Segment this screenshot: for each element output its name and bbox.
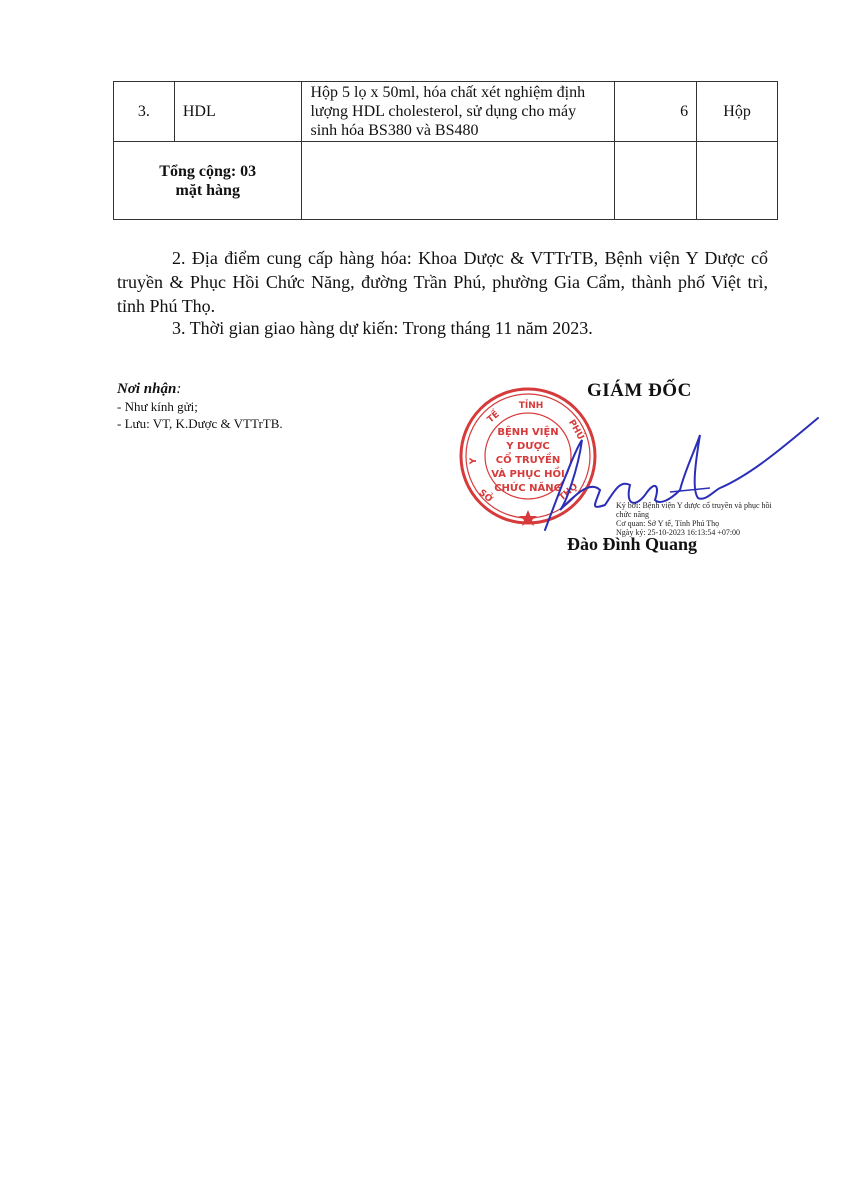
signer-name: Đào Đình Quang (567, 534, 697, 555)
total-label-line1: Tổng cộng: 03 (122, 162, 293, 181)
recipient-item: - Lưu: VT, K.Dược & VTTrTB. (117, 415, 283, 432)
row-item-name: HDL (174, 82, 302, 142)
row-unit: Hộp (697, 82, 778, 142)
table-row: 3. HDL Hộp 5 lọ x 50ml, hóa chất xét ngh… (114, 82, 778, 142)
position-title: GIÁM ĐỐC (587, 380, 692, 402)
digital-signature-info: Ký bởi: Bệnh viện Y dược cổ truyền và ph… (616, 501, 776, 537)
row-quantity: 6 (615, 82, 697, 142)
total-description-cell (302, 142, 615, 220)
items-table: 3. HDL Hộp 5 lọ x 50ml, hóa chất xét ngh… (113, 81, 778, 220)
recipient-item: - Như kính gửi; (117, 398, 283, 415)
digital-agency: Cơ quan: Sở Y tế, Tỉnh Phú Thọ (616, 519, 776, 528)
delivery-time-paragraph: 3. Thời gian giao hàng dự kiến: Trong th… (117, 316, 768, 340)
total-unit-cell (697, 142, 778, 220)
delivery-location-paragraph: 2. Địa điểm cung cấp hàng hóa: Khoa Dược… (117, 246, 768, 318)
total-label: Tổng cộng: 03 mặt hàng (114, 142, 302, 220)
row-stt: 3. (114, 82, 175, 142)
recipients-title-text: Nơi nhận (117, 381, 176, 397)
recipients-title: Nơi nhận: (117, 381, 283, 398)
total-row: Tổng cộng: 03 mặt hàng (114, 142, 778, 220)
total-quantity-cell (615, 142, 697, 220)
recipients-title-colon: : (176, 381, 181, 397)
svg-text:Y: Y (469, 457, 479, 465)
row-description: Hộp 5 lọ x 50ml, hóa chất xét nghiệm địn… (302, 82, 615, 142)
recipients-block: Nơi nhận: - Như kính gửi; - Lưu: VT, K.D… (117, 381, 283, 432)
total-label-line2: mặt hàng (122, 181, 293, 200)
digital-signer: Ký bởi: Bệnh viện Y dược cổ truyền và ph… (616, 501, 776, 519)
